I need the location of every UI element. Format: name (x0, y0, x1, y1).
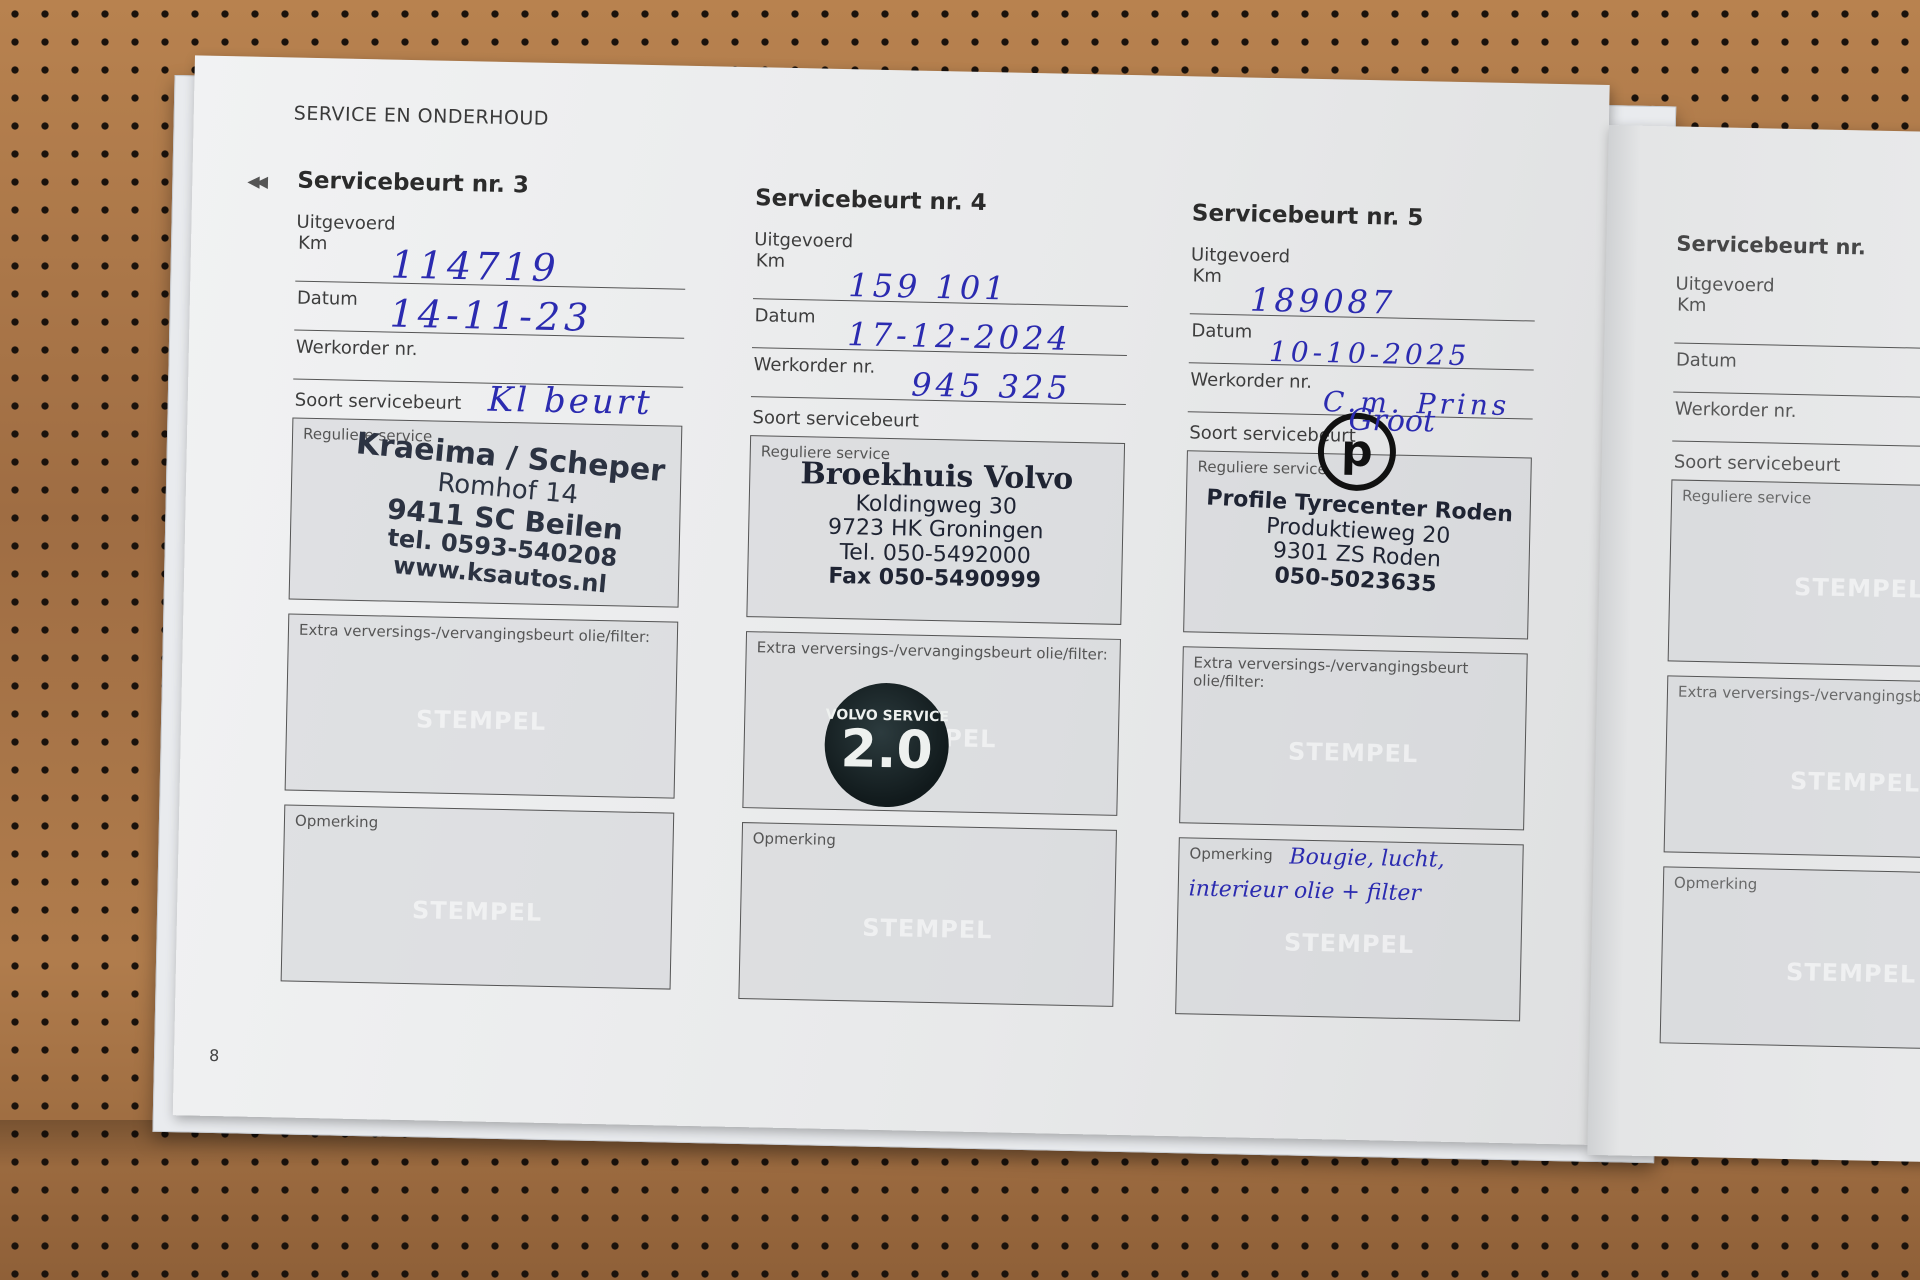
stempel-watermark: STEMPEL (1662, 955, 1920, 991)
stempel-watermark: STEMPEL (1666, 764, 1920, 800)
dealer-stamp: Profile Tyrecenter Roden Produktieweg 20… (1184, 485, 1532, 602)
soort-label: Soort servicebeurt (295, 390, 462, 414)
regular-service-label: Reguliere service (1197, 458, 1326, 479)
double-left-arrow-icon: ◀◀ (247, 172, 264, 191)
km-label: Km (1677, 295, 1707, 317)
badge-version: 2.0 (840, 723, 933, 777)
service-title: Servicebeurt nr. 4 (755, 185, 1130, 219)
dealer-stamp: Broekhuis Volvo Koldingweg 30 9723 HK Gr… (748, 456, 1124, 596)
datum-field: Datum 17-12-2024 (752, 299, 1128, 356)
extra-oil-label: Extra verversings-/vervangingsbeurt olie… (1678, 683, 1920, 708)
regular-service-label: Reguliere service (1682, 487, 1811, 508)
remark-label: Opmerking (753, 829, 837, 849)
service-entry-3: Servicebeurt nr. 3 Uitgevoerd Km 114719 … (280, 168, 687, 1004)
regular-service-box: Reguliere service Kraeima / Scheper Romh… (289, 418, 683, 608)
km-field: Km 159 101 (753, 250, 1129, 307)
extra-oil-box: Extra verversings-/vervangingsbeurt olie… (742, 631, 1121, 816)
extra-oil-label: Extra verversings-/vervangingsbeurt olie… (299, 621, 650, 646)
remark-value: Bougie, lucht, interieur olie + filter (1188, 838, 1516, 913)
stempel-watermark: STEMPEL (741, 911, 1115, 947)
datum-label: Datum (1676, 350, 1737, 372)
km-field: Km (1674, 294, 1920, 351)
werkorder-field: Werkorder nr. 945 325 (751, 348, 1127, 405)
werkorder-label: Werkorder nr. (1675, 398, 1797, 422)
km-label: Km (298, 233, 328, 255)
remark-label: Opmerking (1674, 874, 1758, 894)
km-field: Km 114719 (295, 233, 686, 290)
werkorder-field: Werkorder nr. (1672, 392, 1920, 449)
regular-service-box: Reguliere service p Groot Profile Tyrece… (1183, 450, 1532, 639)
remark-box: Opmerking STEMPEL (281, 804, 675, 989)
service-title: Servicebeurt nr. 5 (1192, 200, 1537, 233)
regular-service-box: Reguliere service STEMPEL (1668, 479, 1920, 669)
werkorder-label: Werkorder nr. (296, 337, 418, 361)
datum-label: Datum (754, 305, 815, 327)
soort-label: Soort servicebeurt (752, 407, 919, 431)
stempel-watermark: STEMPEL (283, 893, 672, 929)
page-number: 8 (209, 1046, 220, 1065)
km-field: Km 189087 (1190, 265, 1536, 321)
service-title: Servicebeurt nr. 3 (297, 168, 687, 202)
km-value: 114719 (390, 243, 560, 291)
volvo-service-badge: VOLVO SERVICE 2.0 (823, 682, 950, 809)
service-booklet: SERVICE EN ONDERHOUD ◀◀ Servicebeurt nr.… (152, 55, 1920, 1167)
service-entry-4: Servicebeurt nr. 4 Uitgevoerd Km 159 101… (738, 185, 1130, 1021)
extra-oil-box: Extra verversings-/vervangingsbeurt olie… (285, 613, 679, 798)
stempel-watermark: STEMPEL (287, 702, 676, 738)
stempel-watermark: STEMPEL (1181, 735, 1525, 770)
werkorder-label: Werkorder nr. (1190, 369, 1312, 393)
regular-service-box: Reguliere service Broekhuis Volvo Koldin… (746, 435, 1125, 625)
soort-value: Groot (1348, 403, 1435, 440)
page-right: Servicebeurt nr. Uitgevoerd Km Datum Wer… (1587, 125, 1920, 1163)
extra-oil-label: Extra verversings-/vervangingsbeurt olie… (757, 638, 1108, 663)
werkorder-label: Werkorder nr. (753, 354, 875, 378)
stamp-line: Broekhuis Volvo (750, 456, 1124, 497)
extra-oil-label: Extra verversings-/vervangingsbeurt olie… (1193, 653, 1527, 696)
extra-oil-box: Extra verversings-/vervangingsbeurt olie… (1179, 646, 1528, 830)
service-title: Servicebeurt nr. (1676, 231, 1920, 263)
service-entry-5: Servicebeurt nr. 5 Uitgevoerd Km 189087 … (1175, 200, 1537, 1035)
remark-box: Opmerking STEMPEL Bougie, lucht, interie… (1175, 837, 1524, 1021)
remark-box: Opmerking STEMPEL (738, 822, 1117, 1007)
datum-label: Datum (297, 288, 358, 310)
section-header: SERVICE EN ONDERHOUD (294, 103, 550, 130)
km-label: Km (1192, 265, 1222, 287)
km-label: Km (756, 250, 786, 272)
soort-value: Kl beurt (487, 380, 653, 423)
datum-label: Datum (1191, 320, 1252, 342)
stempel-watermark: STEMPEL (1670, 570, 1920, 606)
service-entry-6: Servicebeurt nr. Uitgevoerd Km Datum Wer… (1659, 231, 1920, 1065)
soort-label: Soort servicebeurt (1674, 451, 1841, 475)
dealer-stamp: Kraeima / Scheper Romhof 14 9411 SC Beil… (325, 426, 685, 605)
remark-label: Opmerking (295, 812, 379, 832)
remark-box: Opmerking STEMPEL (1660, 866, 1920, 1051)
extra-oil-box: Extra verversings-/vervangingsbeurt olie… (1664, 675, 1920, 860)
datum-field: Datum (1673, 343, 1920, 400)
datum-field: Datum 10-10-2025 (1189, 314, 1535, 370)
datum-field: Datum 14-11-23 (294, 282, 685, 339)
page-left: SERVICE EN ONDERHOUD ◀◀ Servicebeurt nr.… (173, 55, 1610, 1144)
stempel-watermark: STEMPEL (1177, 926, 1521, 961)
